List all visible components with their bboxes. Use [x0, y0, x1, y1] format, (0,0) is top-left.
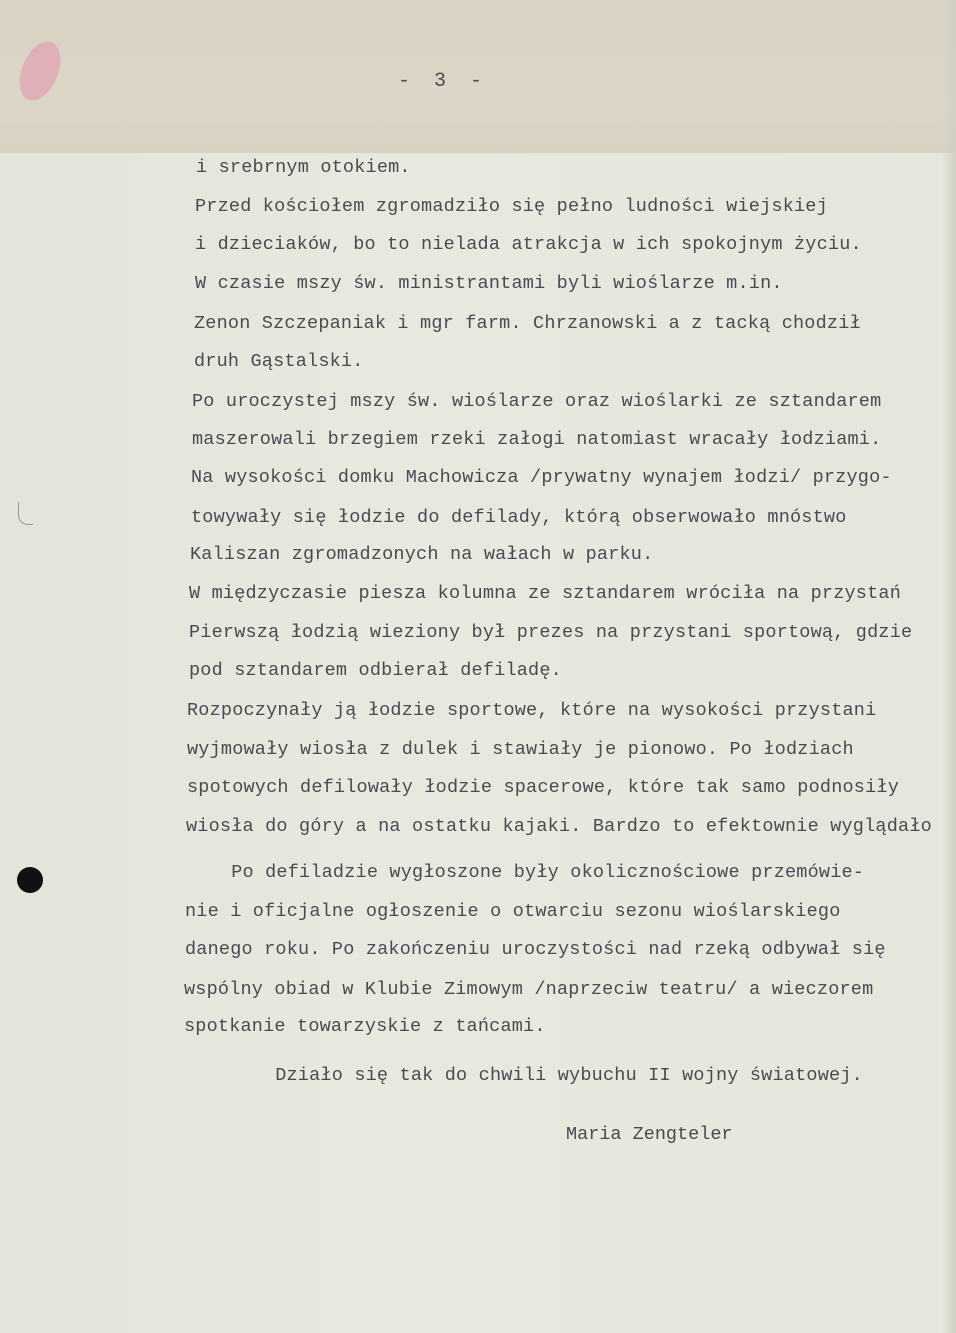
text-line: Rozpoczynały ją łodzie sportowe, które n…: [187, 700, 876, 721]
page-edge-shadow: [942, 0, 956, 1333]
text-line: i srebrnym otokiem.: [196, 157, 411, 178]
text-line: Zenon Szczepaniak i mgr farm. Chrzanowsk…: [194, 313, 861, 334]
text-line: wspólny obiad w Klubie Zimowym /naprzeci…: [184, 979, 873, 1000]
text-line: maszerowali brzegiem rzeki załogi natomi…: [192, 429, 881, 450]
punch-hole: [17, 867, 43, 893]
text-line: Działo się tak do chwili wybuchu II wojn…: [230, 1065, 863, 1086]
text-line: danego roku. Po zakończeniu uroczystości…: [185, 939, 886, 960]
text-line: druh Gąstalski.: [194, 351, 364, 372]
text-line: nie i oficjalne ogłoszenie o otwarciu se…: [185, 901, 841, 922]
text-line: Po defiladzie wygłoszone były okolicznoś…: [186, 862, 864, 883]
text-line: spotowych defilowały łodzie spacerowe, k…: [187, 777, 899, 798]
text-line: wiosła do góry a na ostatku kajaki. Bard…: [186, 816, 932, 837]
text-line: wyjmowały wiosła z dulek i stawiały je p…: [187, 739, 854, 760]
text-line: Na wysokości domku Machowicza /prywatny …: [191, 467, 892, 488]
text-line: W czasie mszy św. ministrantami byli wio…: [195, 273, 783, 294]
text-line: towywały się łodzie do defilady, którą o…: [191, 507, 847, 528]
pencil-margin-mark: [18, 502, 33, 525]
text-line: spotkanie towarzyskie z tańcami.: [184, 1016, 546, 1037]
page-number: - 3 -: [398, 70, 488, 93]
text-line: Po uroczystej mszy św. wioślarze oraz wi…: [192, 391, 881, 412]
text-line: pod sztandarem odbierał defiladę.: [189, 660, 562, 681]
author-signature: Maria Zengteler: [566, 1124, 733, 1145]
text-line: Przed kościołem zgromadziło się pełno lu…: [195, 196, 828, 217]
text-line: i dzieciaków, bo to nielada atrakcja w i…: [195, 234, 862, 255]
text-line: Pierwszą łodzią wieziony był prezes na p…: [189, 622, 912, 643]
text-line: Kaliszan zgromadzonych na wałach w parku…: [190, 544, 653, 565]
text-line: W międzyczasie piesza kolumna ze sztanda…: [189, 583, 901, 604]
